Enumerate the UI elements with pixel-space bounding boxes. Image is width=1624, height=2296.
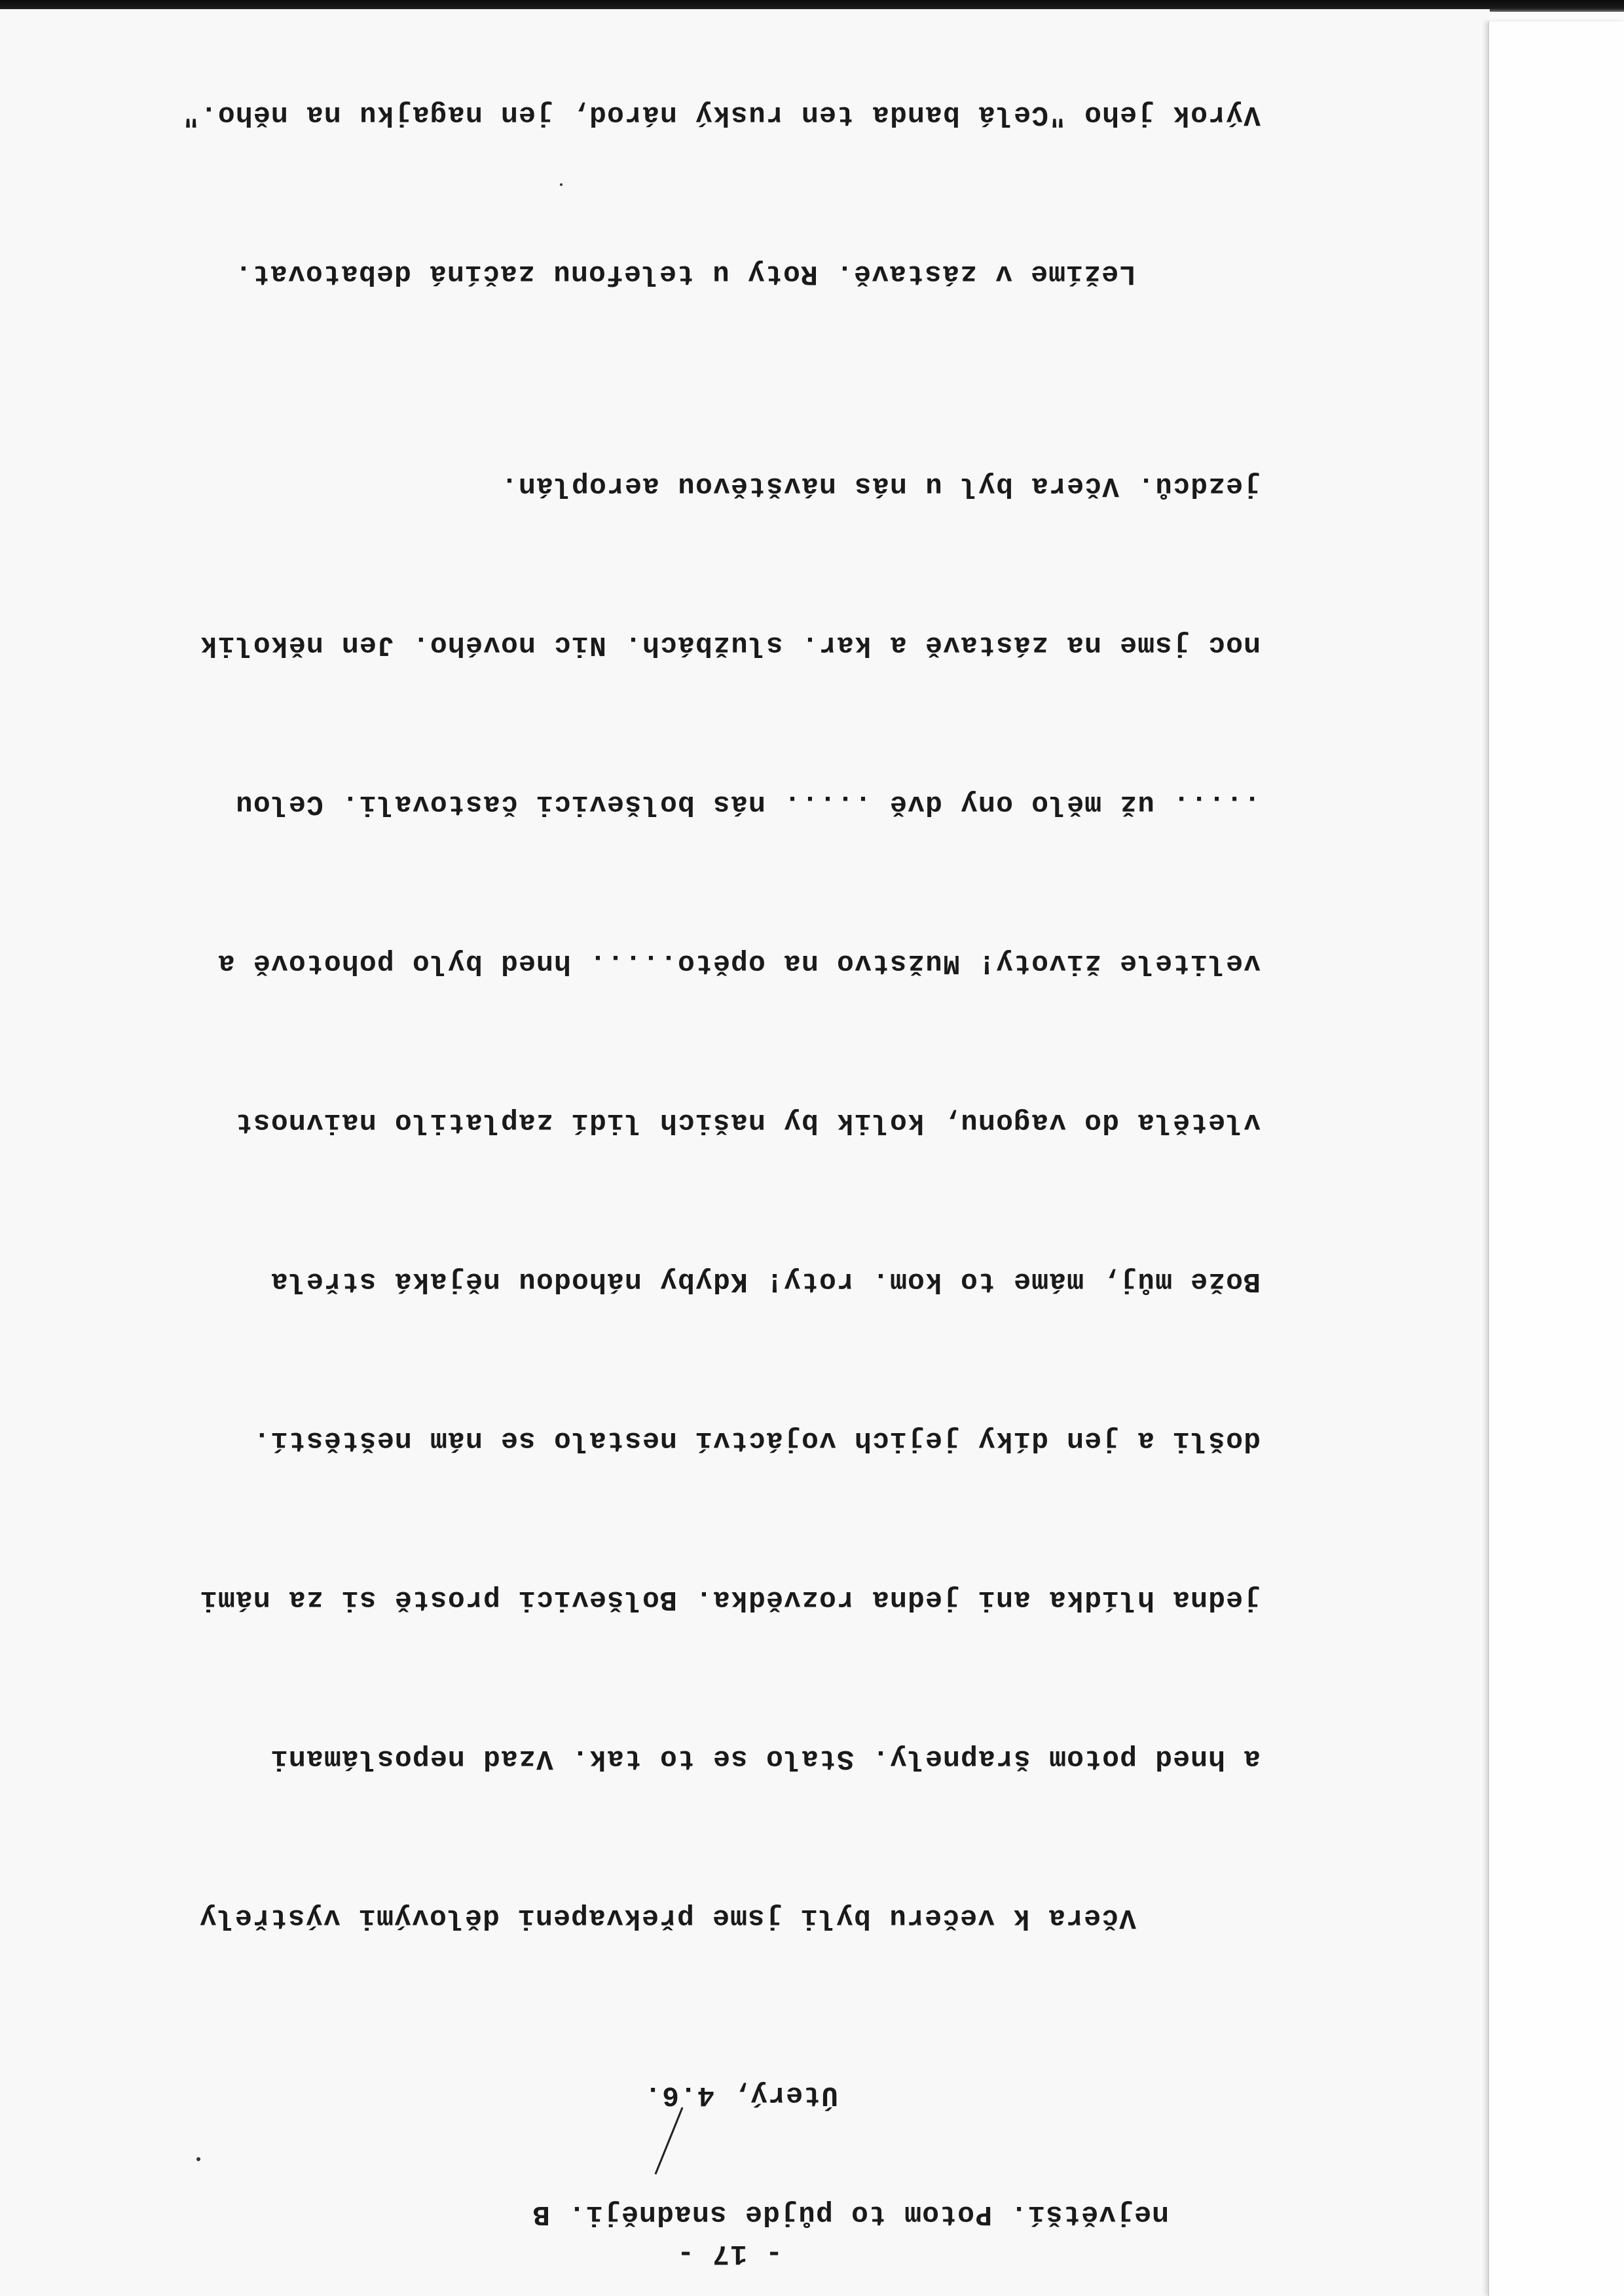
continuation-line: největší. Potom to půjde snadněji. B: [532, 2198, 1169, 2231]
text-line: Bože můj, máme to kom. roty! Kdyby náhod…: [164, 1255, 1261, 1308]
text-line: ..... už mělo ony dvě ..... nás bolševic…: [164, 778, 1261, 831]
text-line: vletěla do vagonu, kolik by našich lidí …: [164, 1096, 1261, 1149]
text-line: Včera k večeru byli jsme překvapeni dělo…: [164, 1891, 1261, 1944]
rotated-content: - 17 - největší. Potom to půjde snadněji…: [0, 0, 1490, 2296]
text-line: došli a jen díky jejich vojáctví nestalo…: [164, 1414, 1261, 1467]
ink-speck: [196, 2157, 200, 2161]
page-number: - 17 -: [676, 2238, 783, 2270]
text-line: jezdců. Včera byl u nás návštěvou aeropl…: [164, 460, 1261, 513]
text-line: Výrok jeho "Celá banda ten ruský národ, …: [164, 88, 1261, 141]
diary-body: Včera k večeru byli jsme překvapeni dělo…: [164, 0, 1261, 2050]
underlying-sheet-edge: [1488, 22, 1624, 2296]
diary-entry-date: Úterý, 4.6.: [644, 2079, 838, 2111]
text-line: a hned potom šrapnely. Stalo se to tak. …: [164, 1732, 1261, 1785]
text-line: velitele životy! Mužstvo na opětо..... h…: [164, 937, 1261, 990]
ink-speck: [560, 183, 563, 186]
text-line: Ležíme v zástavě. Roty u telefonu začíná…: [164, 247, 1261, 301]
text-line: jedna hlídka ani jedna rozvědka. Bolševi…: [164, 1573, 1261, 1626]
text-line: noc jsme na zástavě a kar. službách. Nic…: [164, 619, 1261, 672]
